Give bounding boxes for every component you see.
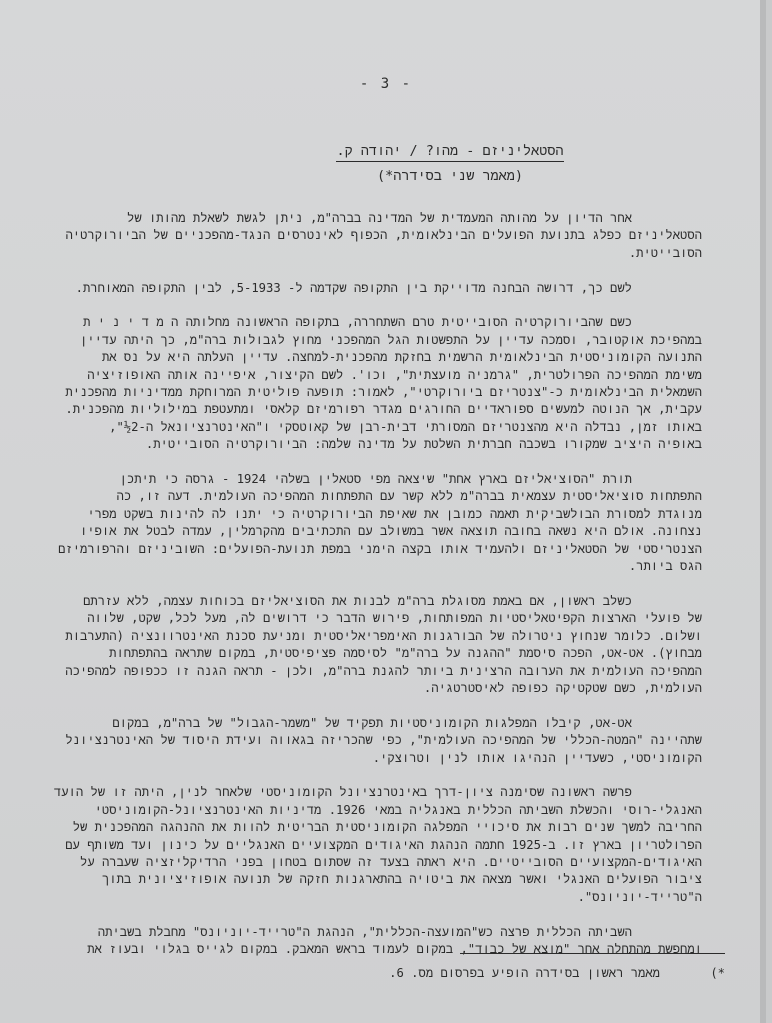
text-line: הגס ביותר. [62, 558, 702, 575]
document-page: - 3 - הסטאליניזם - מהו? / יהודה ק. (מאמר… [0, 0, 766, 1023]
text-line: הסטאליניזם כפלג בתנועת הפועלים הבינלאומי… [62, 227, 702, 244]
paragraph: אחר הדיון על מהותה המעמדית של המדינה בבר… [62, 210, 702, 262]
text-line: העולמית, כשם שטקטיקה כפופה לאיסטרטגיה. [62, 680, 702, 697]
text-line: ה"טרייד-יוניונס". [62, 889, 702, 906]
paragraph: כשם שהביורוקרטיה הסובייטית טרם השתחררה, … [62, 314, 702, 453]
text-line: עקבית, אך הנוטה למעשים ספוראדיים החורגים… [62, 401, 702, 418]
text-line: לשם כך, דרושה הבחנה מדוייקת בין התקופה ש… [62, 280, 702, 297]
footnote-text: מאמר ראשון בסידרה הופיע בפרסום מס. 6. [389, 966, 660, 981]
article-subtitle: (מאמר שני בסידרה*) [300, 168, 600, 185]
text-line: הצנטריסטי של הסטאליניזם ולהעמיד אותו בקצ… [62, 541, 702, 558]
text-line: אט-אט, קיבלו המפלגות הקומוניסטיות תפקיד … [62, 715, 702, 732]
text-line: ומחפשת מהתחלה אחר "מוצא של כבוד", במקום … [62, 941, 702, 958]
text-line: אחר הדיון על מהותה המעמדית של המדינה בבר… [62, 210, 702, 227]
text-line: התנועה הקומוניסטית הבינלאומית הרשמית בחז… [62, 349, 702, 366]
text-line: הפרולטריון בארץ זו. ב-1925 חתמה הנהגת הא… [62, 837, 702, 854]
text-line: האנגלי-רוסי והכשלת השביתה הכללית באנגליה… [62, 802, 702, 819]
paragraph: פרשה ראשונה שסימנה ציון-דרך באינטרנציונל… [62, 784, 702, 906]
page-number: - 3 - [0, 76, 772, 92]
text-line: במהפיכת אוקטובר, וסמכה עדיין על התפשטות … [62, 332, 702, 349]
text-line: באותו זמן, נבדלה היא מהצנטריזם המסורתי ד… [62, 419, 702, 436]
article-body: אחר הדיון על מהותה המעמדית של המדינה בבר… [62, 210, 702, 976]
text-line: האיגודים-המקצועיים הסובייטיים. היא ראתה … [62, 854, 702, 871]
paragraph: כשלב ראשון, אם באמת מסוגלת ברה"מ לבנות א… [62, 593, 702, 697]
text-line: נצחונה. אולם היא נשאה בחובה תוצאה אשר במ… [62, 523, 702, 540]
text-line: של פועלי הארצות הקפיטאליסטיות המפותחות, … [62, 610, 702, 627]
text-line: פרשה ראשונה שסימנה ציון-דרך באינטרנציונל… [62, 784, 702, 801]
text-line: החריבה למשך שנים רבות את סיכויי המפלגה ה… [62, 819, 702, 836]
text-line: תורת "הסוציאליזם בארץ אחת" שיצאה מפי סטא… [62, 471, 702, 488]
footnote-divider [460, 953, 725, 954]
footnote-mark: *) [710, 966, 725, 980]
text-line: המהפיכה העולמית את הערובה הרצינית ביותר … [62, 663, 702, 680]
text-line: הקומוניסטי, כשעדיין הנהיגו אותו לנין וטר… [62, 750, 702, 767]
text-line: התפתחות סוציאליסטית עצמאית בברה"מ ללא קש… [62, 488, 702, 505]
paragraph: לשם כך, דרושה הבחנה מדוייקת בין התקופה ש… [62, 280, 702, 297]
text-line: כשלב ראשון, אם באמת מסוגלת ברה"מ לבנות א… [62, 593, 702, 610]
paragraph: תורת "הסוציאליזם בארץ אחת" שיצאה מפי סטא… [62, 471, 702, 575]
text-line: הסובייטית. [62, 245, 702, 262]
paragraph: אט-אט, קיבלו המפלגות הקומוניסטיות תפקיד … [62, 715, 702, 767]
article-title: הסטאליניזם - מהו? / יהודה ק. [336, 143, 563, 162]
text-line: ציבור הפועלים האנגלי ואשר מצאה את ביטויה… [62, 871, 702, 888]
text-line: מנוגדת למסורת הבולשביקית תאמה כמובן את ש… [62, 506, 702, 523]
page-edge [760, 0, 766, 1023]
text-line: באופיה היציב שמקורו בשכבה חברתית השלטת ע… [62, 436, 702, 453]
text-line: מבחוץ). אט-אט, הפכה סיסמת "ההגנה על ברה"… [62, 645, 702, 662]
text-line: משימת המהפיכה הפרולטרית, "גרמניה מועצתית… [62, 367, 702, 384]
text-line: שתהיינה "המטה-הכללי של המהפיכה העולמית",… [62, 732, 702, 749]
text-line: ושלום. כלומר שנחוץ ניטרולה של הבורגנות ה… [62, 628, 702, 645]
text-line: השביתה הכללית פרצה כש"המועצה-הכללית", הנ… [62, 924, 702, 941]
text-line: כשם שהביורוקרטיה הסובייטית טרם השתחררה, … [62, 314, 702, 331]
text-line: השמאלית הבינלאומית כ-"צנטריזם ביורוקרטי"… [62, 384, 702, 401]
title-block: הסטאליניזם - מהו? / יהודה ק. (מאמר שני ב… [300, 140, 600, 185]
